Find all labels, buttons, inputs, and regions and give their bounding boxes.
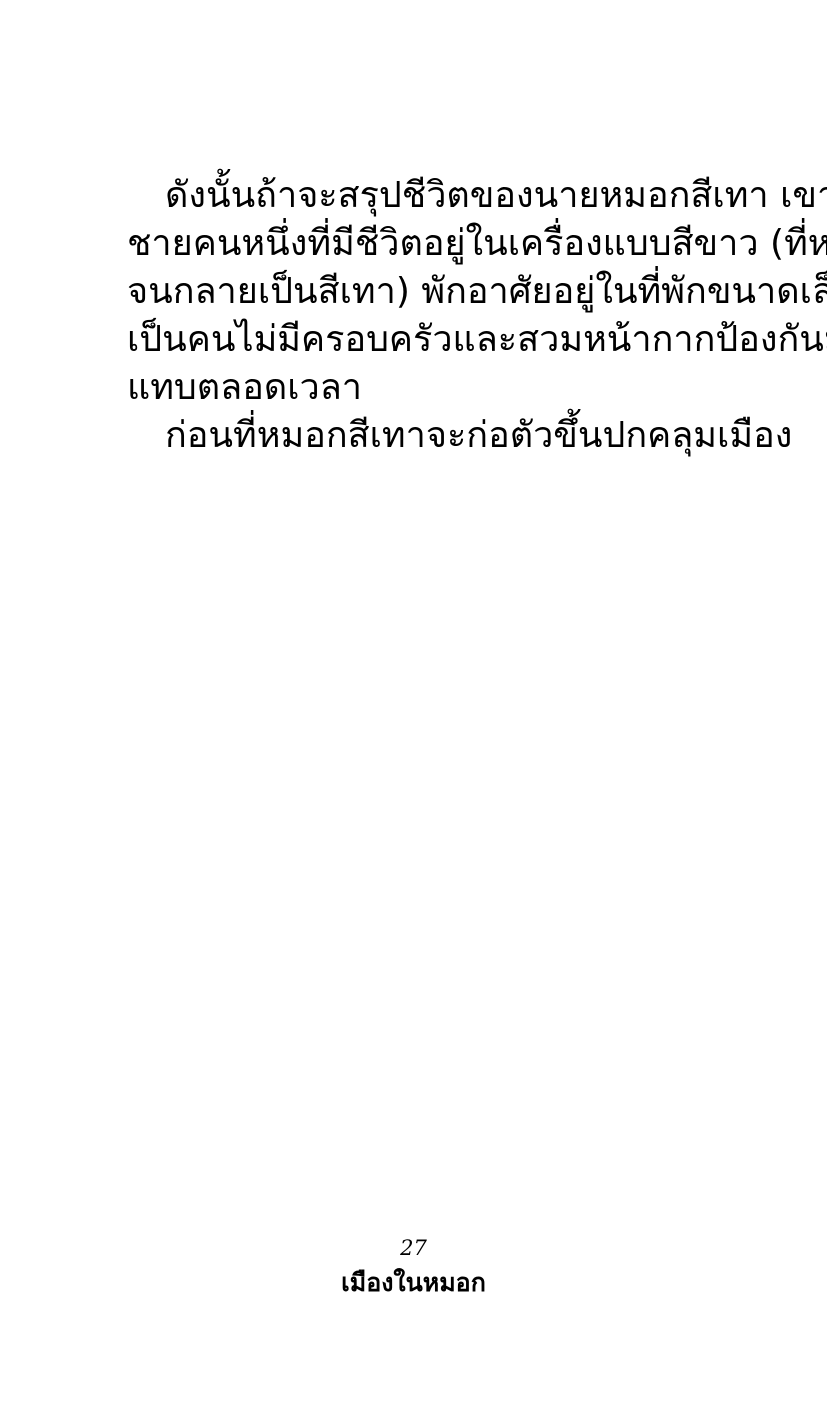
- text-line: จนกลายเป็นสีเทา) พักอาศัยอยู่ในที่พักขนา…: [127, 268, 691, 316]
- text-line: ชายคนหนึ่งที่มีชีวิตอยู่ในเครื่องแบบสีขา…: [127, 220, 691, 268]
- text-line: เป็นคนไม่มีครอบครัวและสวมหน้ากากป้องกันม…: [127, 316, 691, 364]
- text-line: ก่อนที่หมอกสีเทาจะก่อตัวขึ้นปกคลุมเมือง: [127, 412, 691, 460]
- text-line: ดังนั้นถ้าจะสรุปชีวิตของนายหมอกสีเทา เขา…: [127, 172, 691, 220]
- book-page: ดังนั้นถ้าจะสรุปชีวิตของนายหมอกสีเทา เขา…: [0, 0, 827, 1418]
- text-line: แทบตลอดเวลา: [127, 364, 691, 412]
- book-title: เมืองในหมอก: [0, 1266, 827, 1300]
- page-number: 27: [0, 1236, 827, 1260]
- page-body: ดังนั้นถ้าจะสรุปชีวิตของนายหมอกสีเทา เขา…: [127, 172, 691, 460]
